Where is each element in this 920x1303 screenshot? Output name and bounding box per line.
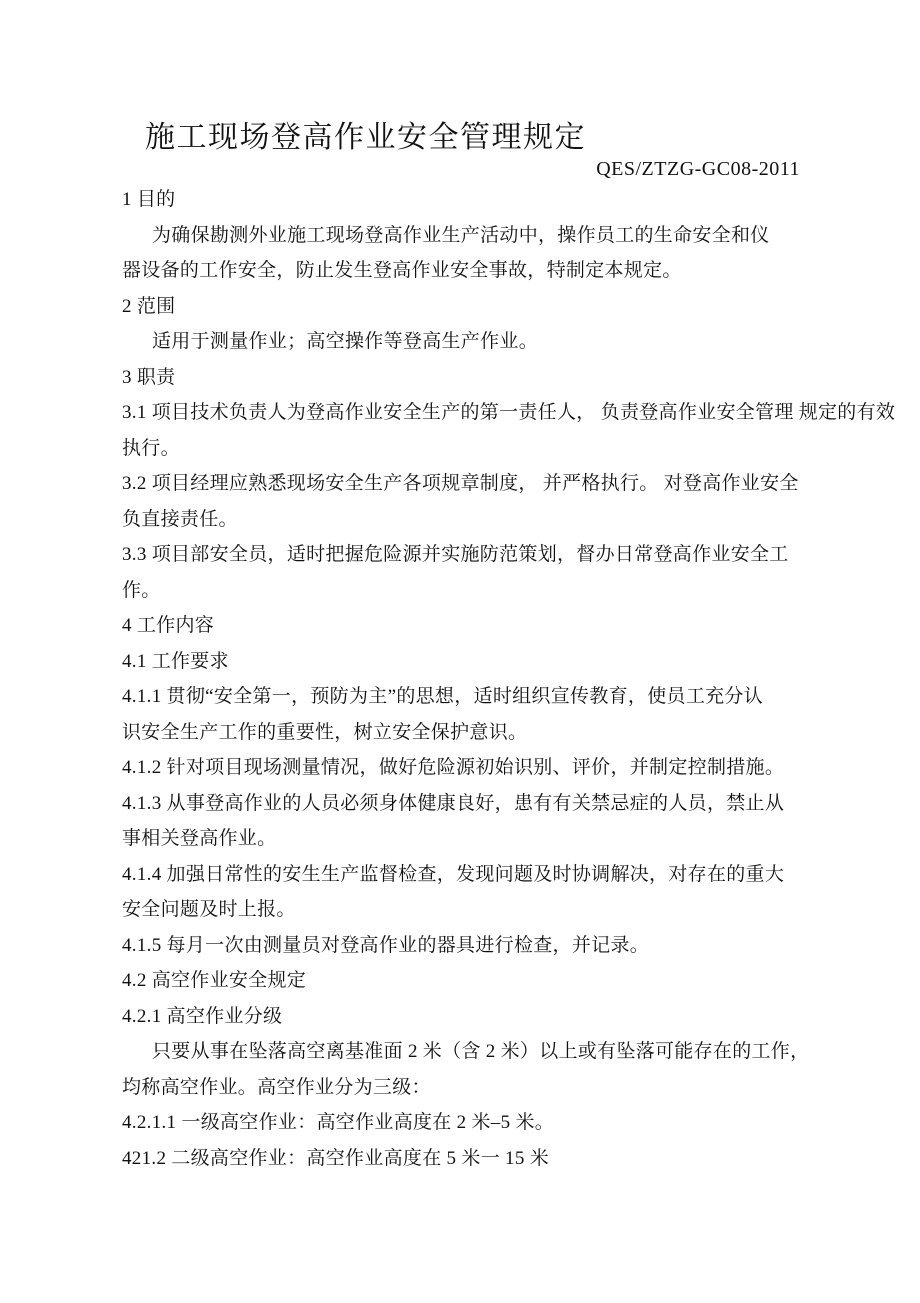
document-line: 4.1 工作要求 <box>122 644 822 680</box>
document-line: 安全问题及时上报。 <box>122 892 822 928</box>
document-line: 执行。 <box>122 431 822 467</box>
document-line: 事相关登高作业。 <box>122 821 822 857</box>
document-line: 4.1.1 贯彻“安全第一，预防为主”的思想，适时组织宣传教育，使员工充分认 <box>122 679 822 715</box>
document-line: 负直接责任。 <box>122 502 822 538</box>
document-line: 4.1.5 每月一次由测量员对登高作业的器具进行检查，并记录。 <box>122 928 822 964</box>
document-body: 1 目的为确保勘测外业施工现场登高作业生产活动中，操作员工的生命安全和仪器设备的… <box>122 182 822 1176</box>
document-line: 4.2.1 高空作业分级 <box>122 999 822 1035</box>
document-line: 4.1.3 从事登高作业的人员必须身体健康良好，患有有关禁忌症的人员，禁止从 <box>122 786 822 822</box>
document-number: QES/ZTZG-GC08-2011 <box>122 158 814 181</box>
document-line: 3.3 项目部安全员，适时把握危险源并实施防范策划，督办日常登高作业安全工 <box>122 537 822 573</box>
document-line: 识安全生产工作的重要性，树立安全保护意识。 <box>122 715 822 751</box>
document-line: 421.2 二级高空作业：高空作业高度在 5 米一 15 米 <box>122 1141 822 1177</box>
document-line: 只要从事在坠落高空离基准面 2 米（含 2 米）以上或有坠落可能存在的工作， <box>122 1034 822 1070</box>
document-line: 1 目的 <box>122 182 822 218</box>
document-line: 3.1 项目技术负责人为登高作业安全生产的第一责任人， 负责登高作业安全管理 规… <box>122 395 822 431</box>
document-line: 作。 <box>122 573 822 609</box>
document-line: 4.1.4 加强日常性的安生生产监督检查，发现问题及时协调解决，对存在的重大 <box>122 857 822 893</box>
document-line: 器设备的工作安全，防止发生登高作业安全事故，特制定本规定。 <box>122 253 822 289</box>
document-line: 4.2.1.1 一级高空作业：高空作业高度在 2 米–5 米。 <box>122 1105 822 1141</box>
document-page: 施工现场登高作业安全管理规定 QES/ZTZG-GC08-2011 1 目的为确… <box>0 0 920 1303</box>
document-line: 2 范围 <box>122 289 822 325</box>
document-title: 施工现场登高作业安全管理规定 <box>145 112 586 156</box>
document-line: 4.1.2 针对项目现场测量情况，做好危险源初始识别、评价，并制定控制措施。 <box>122 750 822 786</box>
document-line: 均称高空作业。高空作业分为三级： <box>122 1070 822 1106</box>
document-line: 4 工作内容 <box>122 608 822 644</box>
document-line: 3 职责 <box>122 360 822 396</box>
document-line: 适用于测量作业；高空操作等登高生产作业。 <box>122 324 822 360</box>
document-line: 为确保勘测外业施工现场登高作业生产活动中，操作员工的生命安全和仪 <box>122 218 822 254</box>
document-line: 4.2 高空作业安全规定 <box>122 963 822 999</box>
document-line: 3.2 项目经理应熟悉现场安全生产各项规章制度， 并严格执行。 对登高作业安全 <box>122 466 822 502</box>
